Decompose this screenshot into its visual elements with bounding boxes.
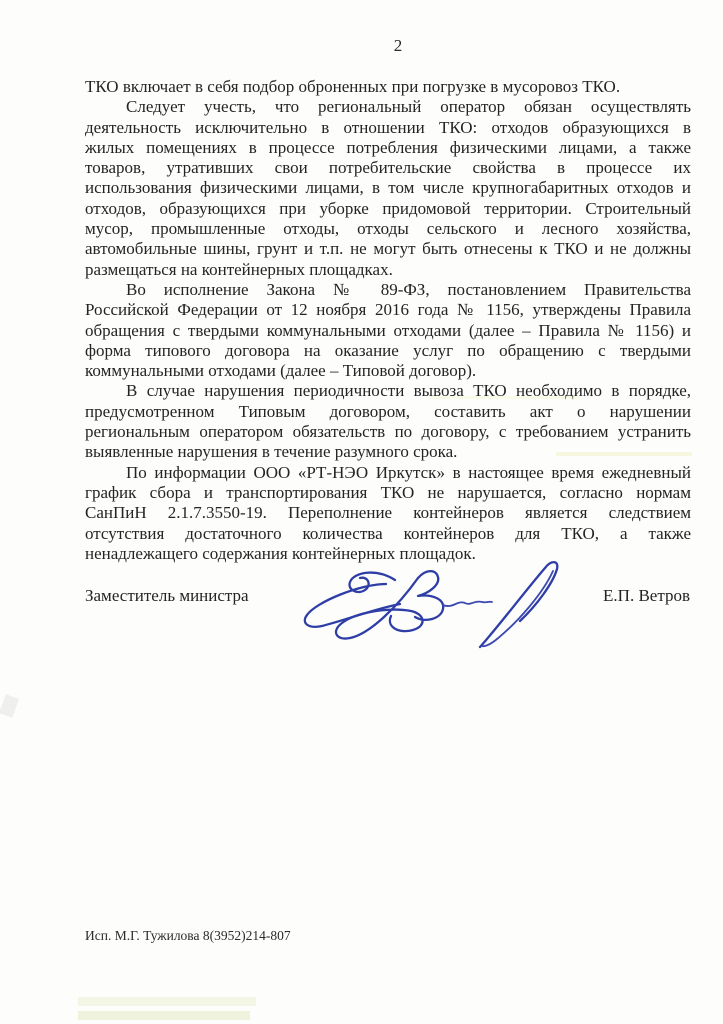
text-line: использования физическими лицами, в том … bbox=[85, 178, 691, 198]
text-line: коммунальными отходами (далее – Типовой … bbox=[85, 361, 691, 381]
signer-name: Е.П. Ветров bbox=[603, 586, 690, 606]
text-line: Следует учесть, что региональный операто… bbox=[85, 97, 691, 117]
text-line: форма типового договора на оказание услу… bbox=[85, 341, 691, 361]
page-number: 2 bbox=[85, 36, 711, 56]
document-page: 2 ТКО включает в себя подбор оброненных … bbox=[0, 0, 723, 1024]
text-line: размещаться на контейнерных площадках. bbox=[85, 260, 691, 280]
handwritten-signature-icon bbox=[298, 548, 582, 666]
scan-artifact bbox=[0, 694, 19, 718]
signer-position-title: Заместитель министра bbox=[85, 586, 249, 606]
text-line: Во исполнение Закона № 89-ФЗ, постановле… bbox=[85, 280, 691, 300]
text-line: отсутствия достаточного количества конте… bbox=[85, 524, 691, 544]
text-line: обращения с твердыми коммунальными отход… bbox=[85, 321, 691, 341]
text-line: график сбора и транспортирования ТКО не … bbox=[85, 483, 691, 503]
text-line: В случае нарушения периодичности вывоза … bbox=[85, 381, 691, 401]
scan-artifact bbox=[78, 1011, 250, 1020]
scan-artifact bbox=[78, 997, 256, 1006]
text-line: выявленные нарушения в течение разумного… bbox=[85, 442, 691, 462]
text-line: мусор, промышленные отходы, отходы сельс… bbox=[85, 219, 691, 239]
text-line: деятельность исключительно в отношении Т… bbox=[85, 118, 691, 138]
text-line: региональным оператором обязательств по … bbox=[85, 422, 691, 442]
text-line: Российской Федерации от 12 ноября 2016 г… bbox=[85, 300, 691, 320]
text-line: ТКО включает в себя подбор оброненных пр… bbox=[85, 77, 691, 97]
text-line: автомобильные шины, грунт и т.п. не могу… bbox=[85, 239, 691, 259]
text-line: СанПиН 2.1.7.3550-19. Переполнение конте… bbox=[85, 503, 691, 523]
text-line: отходов, образующихся при уборке придомо… bbox=[85, 199, 691, 219]
letter-body: ТКО включает в себя подбор оброненных пр… bbox=[85, 77, 691, 564]
text-line: предусмотренном Типовым договором, соста… bbox=[85, 402, 691, 422]
text-line: товаров, утративших свои потребительские… bbox=[85, 158, 691, 178]
text-line: жилых помещениях в процессе потребления … bbox=[85, 138, 691, 158]
text-line: По информации ООО «РТ-НЭО Иркутск» в нас… bbox=[85, 463, 691, 483]
executor-footer: Исп. М.Г. Тужилова 8(3952)214-807 bbox=[85, 928, 291, 944]
